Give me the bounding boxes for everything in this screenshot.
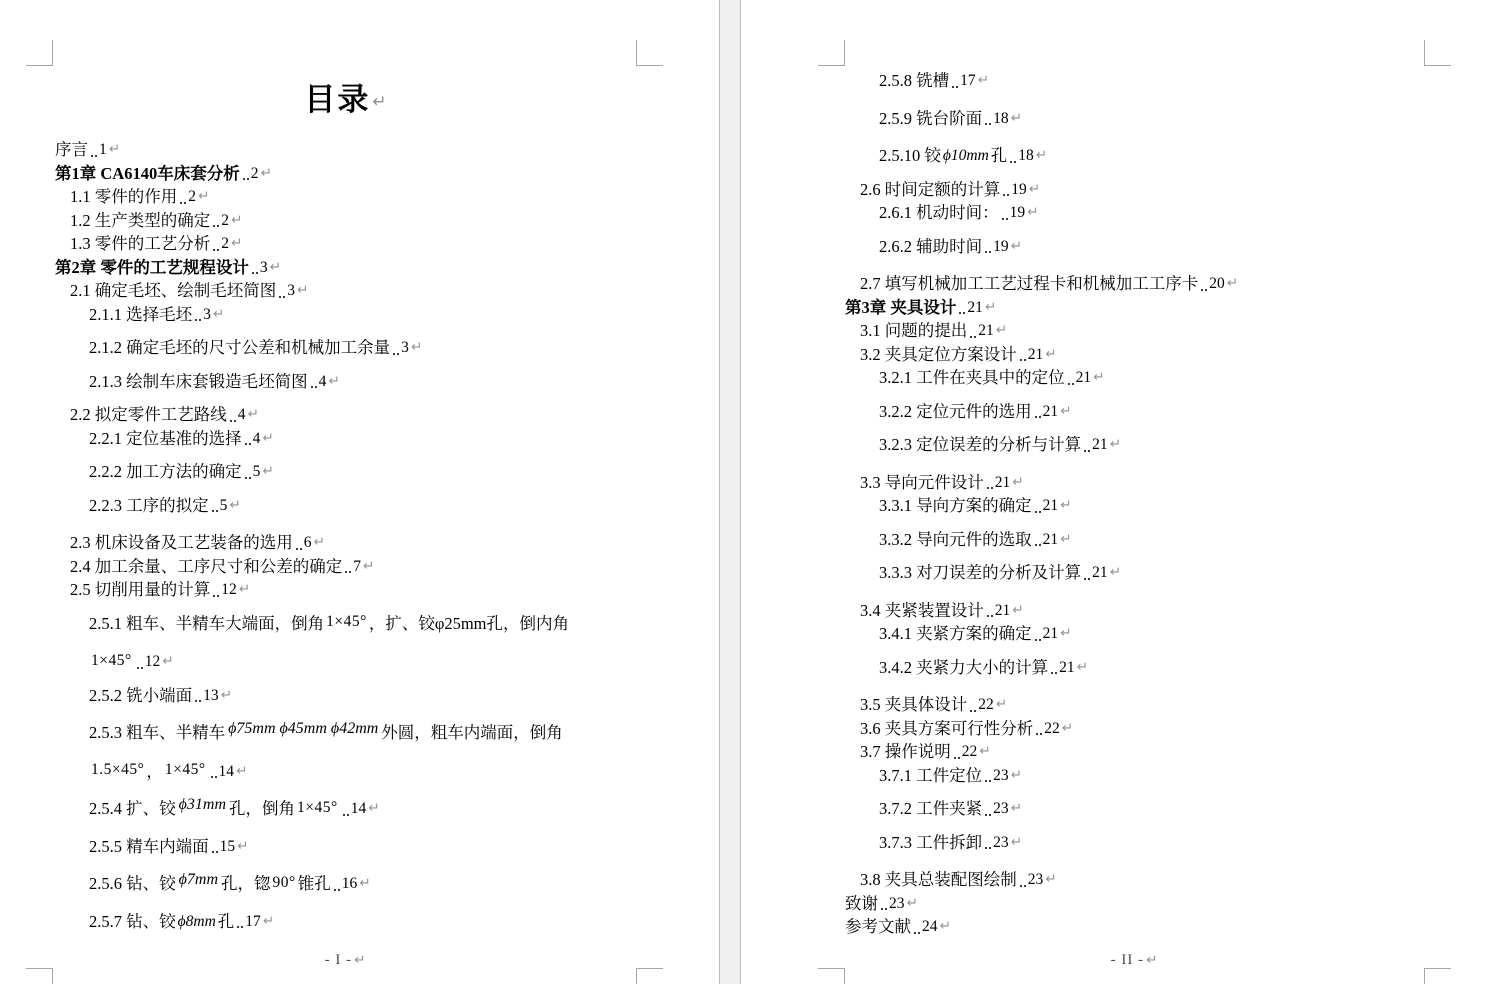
- dot-leader: [243, 178, 249, 180]
- toc-entry-text: 3.7 操作说明: [860, 740, 951, 764]
- paragraph-mark-icon: ↵: [1146, 952, 1158, 968]
- dot-leader: [195, 700, 201, 702]
- toc-entry[interactable]: 1.2 生产类型的确定2↵: [55, 209, 636, 233]
- toc-entry[interactable]: 3.7 操作说明22↵: [845, 740, 1424, 764]
- toc-entry-text: 2.6.2 辅助时间: [879, 235, 982, 259]
- toc-entry-text: ϕ10mm: [941, 144, 991, 168]
- toc-page-number: 22: [962, 740, 978, 764]
- toc-page-number: 21: [967, 296, 983, 320]
- dot-leader: [1020, 359, 1026, 361]
- toc-entry[interactable]: 2.4 加工余量、工序尺寸和公差的确定7↵: [55, 555, 636, 579]
- toc-entry[interactable]: 2.2.1 定位基准的选择4↵: [55, 427, 636, 451]
- toc-entry[interactable]: 1.3 零件的工艺分析2↵: [55, 232, 636, 256]
- toc-page-number: 7: [353, 555, 361, 579]
- dot-leader: [1084, 450, 1090, 452]
- dot-leader: [1035, 416, 1041, 418]
- paragraph-mark-icon: ↵: [162, 650, 173, 674]
- toc-page-number: 23: [993, 831, 1009, 855]
- toc-entry-text: 90°: [271, 871, 298, 895]
- toc-entry-text: 1.2 生产类型的确定: [70, 209, 210, 233]
- toc-entry-text: 1×45°: [89, 649, 134, 673]
- toc-entry-text: 1×45°: [163, 758, 208, 782]
- toc-entry-text: 3.3.2 导向元件的选取: [879, 528, 1032, 552]
- word-print-preview: { "doc": { "title": "目录", "paragraph_mar…: [0, 0, 1488, 984]
- paragraph-mark-icon: ↵: [1012, 471, 1023, 495]
- toc-page-number: 4: [238, 403, 246, 427]
- toc-page-number: 2: [188, 185, 196, 209]
- toc-entry-text: 锥孔: [298, 872, 331, 896]
- margin-corner-mark: [1424, 968, 1451, 984]
- toc-entry-text: 1×45°: [324, 610, 369, 634]
- paragraph-mark-icon: ↵: [297, 279, 308, 303]
- paragraph-mark-icon: ↵: [1077, 656, 1088, 680]
- toc-entry[interactable]: 第1章 CA6140车床套分析2↵: [55, 162, 636, 186]
- toc-entry-text: 3.2 夹具定位方案设计: [860, 343, 1017, 367]
- dot-leader: [1010, 161, 1016, 163]
- margin-corner-mark: [1424, 40, 1451, 66]
- toc-entry-text: 序言: [55, 138, 88, 162]
- toc-entry-text: 2.2.1 定位基准的选择: [89, 427, 242, 451]
- toc-entry[interactable]: 1×45°12↵: [55, 650, 636, 674]
- toc-page-number: 22: [978, 693, 994, 717]
- paragraph-mark-icon: ↵: [359, 872, 370, 896]
- toc-entry[interactable]: 2.5.6 钻、铰ϕ7mm孔，锪90°锥孔16↵: [55, 872, 636, 896]
- toc-page-number: 21: [1043, 494, 1059, 518]
- dot-leader: [213, 225, 219, 227]
- paragraph-mark-icon: ↵: [231, 232, 242, 256]
- toc-page-number: 12: [145, 650, 161, 674]
- dot-leader: [952, 86, 958, 88]
- toc-entry-text: 2.5.6 钻、铰: [89, 872, 176, 896]
- toc-page-number: 21: [995, 599, 1011, 623]
- page-number-label: - II -: [1111, 952, 1144, 968]
- toc-entry[interactable]: 3.2.3 定位误差的分析与计算21↵: [845, 433, 1424, 457]
- toc-entry[interactable]: 3.8 夹具总装配图绘制23↵: [845, 868, 1424, 892]
- toc-entry[interactable]: 2.7 填写机械加工工艺过程卡和机械加工工序卡20↵: [845, 272, 1424, 296]
- paragraph-mark-icon: ↵: [940, 915, 951, 939]
- toc-entry-text: 2.5.3 粗车、半精车: [89, 721, 225, 745]
- paragraph-mark-icon: ↵: [229, 494, 240, 518]
- toc-page-number: 21: [1092, 561, 1108, 585]
- toc-page-number: 23: [1028, 868, 1044, 892]
- toc-entry-text: 2.5.7 钻、铰: [89, 910, 176, 934]
- toc-entry-text: ϕ75mm ϕ45mm ϕ42mm: [225, 717, 381, 741]
- toc-entry-text: 2.5.9 铣台阶面: [879, 107, 982, 131]
- paragraph-mark-icon: ↵: [1036, 144, 1047, 168]
- toc-entry-list-left: 序言1↵第1章 CA6140车床套分析2↵1.1 零件的作用2↵1.2 生产类型…: [55, 138, 636, 933]
- dot-leader: [1035, 544, 1041, 546]
- paragraph-mark-icon: ↵: [1110, 561, 1121, 585]
- toc-entry-text: 2.5.2 铣小端面: [89, 684, 192, 708]
- dot-leader: [985, 780, 991, 782]
- toc-entry-text: 2.5.10 铰: [879, 144, 941, 168]
- margin-corner-mark: [26, 40, 53, 66]
- toc-entry[interactable]: 2.5.5 精车内端面15↵: [55, 835, 636, 859]
- toc-entry[interactable]: 2.6.2 辅助时间19↵: [845, 235, 1424, 259]
- dot-leader: [195, 319, 201, 321]
- paragraph-mark-icon: ↵: [314, 531, 325, 555]
- toc-page-number: 15: [220, 835, 236, 859]
- toc-page-number: 3: [401, 336, 409, 360]
- paragraph-mark-icon: ↵: [996, 693, 1007, 717]
- dot-leader: [137, 667, 143, 669]
- toc-entry[interactable]: 2.5 切削用量的计算12↵: [55, 578, 636, 602]
- dot-leader: [914, 932, 920, 934]
- toc-entry[interactable]: 1.5×45°，1×45°14↵: [55, 760, 636, 784]
- toc-page-number: 19: [1010, 201, 1026, 225]
- toc-title-row: 目录↵: [55, 81, 636, 124]
- toc-entry[interactable]: 3.7.3 工件拆卸23↵: [845, 831, 1424, 855]
- paragraph-mark-icon: ↵: [248, 403, 259, 427]
- toc-entry[interactable]: 2.3 机床设备及工艺装备的选用6↵: [55, 531, 636, 555]
- toc-entry-text: 2.6 时间定额的计算: [860, 178, 1000, 202]
- toc-entry[interactable]: 2.2.3 工序的拟定5↵: [55, 494, 636, 518]
- paragraph-mark-icon: ↵: [1011, 831, 1022, 855]
- toc-entry[interactable]: 3.4 夹紧装置设计21↵: [845, 599, 1424, 623]
- toc-page-number: 18: [993, 107, 1009, 131]
- toc-entry[interactable]: 序言1↵: [55, 138, 636, 162]
- dot-leader: [311, 386, 317, 388]
- toc-entry[interactable]: 2.1 确定毛坯、绘制毛坯简图3↵: [55, 279, 636, 303]
- page-footer-right: - II -↵: [845, 952, 1424, 969]
- toc-page-number: 5: [220, 494, 228, 518]
- paragraph-mark-icon: ↵: [1011, 797, 1022, 821]
- toc-entry-text: 3.6 夹具方案可行性分析: [860, 717, 1033, 741]
- toc-page-number: 19: [993, 235, 1009, 259]
- paragraph-mark-icon: ↵: [1045, 868, 1056, 892]
- dot-leader: [279, 296, 285, 298]
- toc-entry-text: 3.2.2 定位元件的选用: [879, 400, 1032, 424]
- toc-entry-text: 第2章 零件的工艺规程设计: [55, 256, 249, 280]
- paragraph-mark-icon: ↵: [1027, 201, 1038, 225]
- toc-entry[interactable]: 2.1.1 选择毛坯3↵: [55, 303, 636, 327]
- toc-entry[interactable]: 2.5.3 粗车、半精车ϕ75mm ϕ45mm ϕ42mm外圆，粗车内端面，倒角: [55, 721, 636, 745]
- toc-entry[interactable]: 第3章 夹具设计21↵: [845, 296, 1424, 320]
- toc-page-number: 14: [351, 797, 367, 821]
- toc-entry-text: 孔: [218, 910, 235, 934]
- toc-entry-text: 3.3.3 对刀误差的分析及计算: [879, 561, 1081, 585]
- toc-page-number: 12: [221, 578, 237, 602]
- dot-leader: [245, 443, 251, 445]
- dot-leader: [970, 336, 976, 338]
- toc-page-number: 6: [304, 531, 312, 555]
- toc-entry-text: 第3章 夹具设计: [845, 296, 956, 320]
- toc-page-number: 16: [342, 872, 358, 896]
- toc-entry[interactable]: 3.7.2 工件夹紧23↵: [845, 797, 1424, 821]
- toc-entry[interactable]: 3.3.2 导向元件的选取21↵: [845, 528, 1424, 552]
- toc-entry[interactable]: 2.5.9 铣台阶面18↵: [845, 107, 1424, 131]
- paragraph-mark-icon: ↵: [1012, 599, 1023, 623]
- paragraph-mark-icon: ↵: [1011, 235, 1022, 259]
- toc-entry[interactable]: 3.4.1 夹紧方案的确定21↵: [845, 622, 1424, 646]
- toc-entry[interactable]: 3.2.2 定位元件的选用21↵: [845, 400, 1424, 424]
- toc-page-number: 23: [889, 892, 905, 916]
- toc-page-number: 21: [1043, 528, 1059, 552]
- toc-entry-text: 2.5.4 扩、铰: [89, 797, 176, 821]
- toc-entry-text: 1.1 零件的作用: [70, 185, 177, 209]
- dot-leader: [212, 851, 218, 853]
- toc-page-number: 14: [219, 760, 235, 784]
- toc-entry-text: 2.1 确定毛坯、绘制毛坯简图: [70, 279, 276, 303]
- paragraph-mark-icon: ↵: [198, 185, 209, 209]
- paragraph-mark-icon: ↵: [260, 162, 271, 186]
- toc-page-number: 19: [1011, 178, 1027, 202]
- dot-leader: [245, 477, 251, 479]
- dot-leader: [1035, 511, 1041, 513]
- dot-leader: [985, 847, 991, 849]
- toc-entry-text: 3.4.2 夹紧力大小的计算: [879, 656, 1048, 680]
- dot-leader: [985, 123, 991, 125]
- toc-entry-text: 2.1.2 确定毛坯的尺寸公差和机械加工余量: [89, 336, 390, 360]
- toc-entry-text: 3.3.1 导向方案的确定: [879, 494, 1032, 518]
- toc-entry[interactable]: 2.6.1 机动时间：19↵: [845, 201, 1424, 225]
- dot-leader: [237, 926, 243, 928]
- paragraph-mark-icon: ↵: [372, 92, 386, 112]
- toc-entry[interactable]: 3.3.3 对刀误差的分析及计算21↵: [845, 561, 1424, 585]
- dot-leader: [987, 487, 993, 489]
- toc-page-number: 5: [253, 460, 261, 484]
- toc-page-number: 21: [1028, 343, 1044, 367]
- toc-entry-text: 2.7 填写机械加工工艺过程卡和机械加工工序卡: [860, 272, 1198, 296]
- toc-entry[interactable]: 参考文献24↵: [845, 915, 1424, 939]
- paragraph-mark-icon: ↵: [907, 892, 918, 916]
- page-gutter: [719, 0, 741, 984]
- toc-page-number: 2: [251, 162, 259, 186]
- dot-leader: [1035, 639, 1041, 641]
- toc-entry[interactable]: 3.5 夹具体设计22↵: [845, 693, 1424, 717]
- toc-page-number: 3: [260, 256, 268, 280]
- toc-entry[interactable]: 2.2.2 加工方法的确定5↵: [55, 460, 636, 484]
- toc-entry[interactable]: 3.3 导向元件设计21↵: [845, 471, 1424, 495]
- toc-page-number: 3: [287, 279, 295, 303]
- toc-entry-text: 孔，倒角: [229, 797, 295, 821]
- toc-entry-text: 2.5 切削用量的计算: [70, 578, 210, 602]
- dot-leader: [970, 710, 976, 712]
- margin-corner-mark: [636, 968, 663, 984]
- dot-leader: [985, 251, 991, 253]
- toc-entry-text: 3.8 夹具总装配图绘制: [860, 868, 1017, 892]
- toc-entry-text: ，扩、铰φ25mm孔，倒内角: [369, 612, 569, 636]
- toc-page-number: 21: [1043, 622, 1059, 646]
- toc-entry[interactable]: 2.1.2 确定毛坯的尺寸公差和机械加工余量3↵: [55, 336, 636, 360]
- paragraph-mark-icon: ↵: [239, 578, 250, 602]
- toc-page-number: 21: [1043, 400, 1059, 424]
- dot-leader: [1068, 383, 1074, 385]
- toc-entry-text: 3.1 问题的提出: [860, 319, 967, 343]
- paragraph-mark-icon: ↵: [1011, 107, 1022, 131]
- paragraph-mark-icon: ↵: [221, 684, 232, 708]
- toc-entry-text: 1.5×45°: [89, 758, 146, 782]
- paragraph-mark-icon: ↵: [1110, 433, 1121, 457]
- toc-page-number: 23: [993, 764, 1009, 788]
- toc-entry-text: 3.4 夹紧装置设计: [860, 599, 984, 623]
- paragraph-mark-icon: ↵: [1062, 717, 1073, 741]
- toc-entry-text: 2.5.5 精车内端面: [89, 835, 209, 859]
- dot-leader: [1051, 672, 1057, 674]
- paragraph-mark-icon: ↵: [1011, 764, 1022, 788]
- toc-entry[interactable]: 2.5.7 钻、铰ϕ8mm孔17↵: [55, 910, 636, 934]
- toc-entry-text: 3.3 导向元件设计: [860, 471, 984, 495]
- toc-entry-text: 孔，锪: [221, 872, 271, 896]
- toc-entry-text: 3.5 夹具体设计: [860, 693, 967, 717]
- paragraph-mark-icon: ↵: [236, 760, 247, 784]
- paragraph-mark-icon: ↵: [231, 209, 242, 233]
- toc-entry[interactable]: 3.3.1 导向方案的确定21↵: [845, 494, 1424, 518]
- toc-title: 目录: [304, 82, 370, 117]
- dot-leader: [1036, 733, 1042, 735]
- paragraph-mark-icon: ↵: [270, 256, 281, 280]
- toc-entry-text: 2.1.1 选择毛坯: [89, 303, 192, 327]
- dot-leader: [1020, 885, 1026, 887]
- paragraph-mark-icon: ↵: [1093, 366, 1104, 390]
- paragraph-mark-icon: ↵: [109, 138, 120, 162]
- dot-leader: [230, 420, 236, 422]
- toc-entry[interactable]: 2.5.4 扩、铰ϕ31mm孔，倒角1×45°14↵: [55, 797, 636, 821]
- toc-entry[interactable]: 致谢23↵: [845, 892, 1424, 916]
- dot-leader: [343, 814, 349, 816]
- toc-page-number: 4: [319, 370, 327, 394]
- paragraph-mark-icon: ↵: [354, 952, 366, 968]
- toc-entry-text: 3.7.1 工件定位: [879, 764, 982, 788]
- page-footer-left: - I -↵: [55, 952, 636, 969]
- dot-leader: [1003, 194, 1009, 196]
- toc-entry[interactable]: 3.7.1 工件定位23↵: [845, 764, 1424, 788]
- toc-entry-text: 外圆，粗车内端面，倒角: [381, 721, 563, 745]
- dot-leader: [954, 757, 960, 759]
- paragraph-mark-icon: ↵: [368, 797, 379, 821]
- dot-leader: [296, 548, 302, 550]
- dot-leader: [987, 615, 993, 617]
- toc-content-left: 目录↵ 序言1↵第1章 CA6140车床套分析2↵1.1 零件的作用2↵1.2 …: [55, 66, 636, 933]
- margin-corner-mark: [818, 968, 845, 984]
- toc-page-number: 21: [995, 471, 1011, 495]
- paragraph-mark-icon: ↵: [1060, 400, 1071, 424]
- dot-leader: [334, 889, 340, 891]
- paragraph-mark-icon: ↵: [411, 336, 422, 360]
- toc-entry[interactable]: 第2章 零件的工艺规程设计3↵: [55, 256, 636, 280]
- document-page-2: 2.5.8 铣槽17↵2.5.9 铣台阶面18↵2.5.10 铰ϕ10mm孔18…: [741, 0, 1488, 984]
- paragraph-mark-icon: ↵: [1060, 494, 1071, 518]
- toc-entry-text: 2.3 机床设备及工艺装备的选用: [70, 531, 293, 555]
- toc-entry-text: 孔: [991, 144, 1008, 168]
- toc-entry-text: 3.2.3 定位误差的分析与计算: [879, 433, 1081, 457]
- toc-entry[interactable]: 2.1.3 绘制车床套锻造毛坯简图4↵: [55, 370, 636, 394]
- dot-leader: [91, 155, 97, 157]
- toc-entry[interactable]: 3.2 夹具定位方案设计21↵: [845, 343, 1424, 367]
- toc-entry[interactable]: 3.6 夹具方案可行性分析22↵: [845, 717, 1424, 741]
- toc-page-number: 2: [221, 209, 229, 233]
- margin-corner-mark: [818, 40, 845, 66]
- toc-entry-text: 2.4 加工余量、工序尺寸和公差的确定: [70, 555, 342, 579]
- toc-entry-text: 2.5.1 粗车、半精车大端面，倒角: [89, 612, 324, 636]
- toc-page-number: 23: [993, 797, 1009, 821]
- dot-leader: [252, 272, 258, 274]
- toc-entry-text: 2.2 拟定零件工艺路线: [70, 403, 227, 427]
- toc-entry-text: 1.3 零件的工艺分析: [70, 232, 210, 256]
- toc-entry[interactable]: 3.4.2 夹紧力大小的计算21↵: [845, 656, 1424, 680]
- toc-entry-text: 2.1.3 绘制车床套锻造毛坯简图: [89, 370, 308, 394]
- toc-entry-list-right: 2.5.8 铣槽17↵2.5.9 铣台阶面18↵2.5.10 铰ϕ10mm孔18…: [845, 69, 1424, 939]
- toc-entry[interactable]: 3.1 问题的提出21↵: [845, 319, 1424, 343]
- toc-entry-text: 3.7.3 工件拆卸: [879, 831, 982, 855]
- toc-entry-text: ϕ31mm: [176, 793, 229, 817]
- paragraph-mark-icon: ↵: [985, 296, 996, 320]
- toc-page-number: 24: [922, 915, 938, 939]
- toc-entry[interactable]: 1.1 零件的作用2↵: [55, 185, 636, 209]
- toc-page-number: 21: [1059, 656, 1075, 680]
- toc-content-right: 2.5.8 铣槽17↵2.5.9 铣台阶面18↵2.5.10 铰ϕ10mm孔18…: [845, 66, 1424, 939]
- paragraph-mark-icon: ↵: [237, 835, 248, 859]
- toc-entry-text: 3.4.1 夹紧方案的确定: [879, 622, 1032, 646]
- toc-entry[interactable]: 2.5.10 铰ϕ10mm孔18↵: [845, 144, 1424, 168]
- margin-corner-mark: [636, 40, 663, 66]
- toc-entry-text: 1×45°: [295, 796, 340, 820]
- toc-page-number: 1: [99, 138, 107, 162]
- toc-entry-text: 2.5.8 铣槽: [879, 69, 949, 93]
- paragraph-mark-icon: ↵: [1060, 528, 1071, 552]
- dot-leader: [212, 510, 218, 512]
- paragraph-mark-icon: ↵: [213, 303, 224, 327]
- paragraph-mark-icon: ↵: [1060, 622, 1071, 646]
- toc-page-number: 3: [203, 303, 211, 327]
- paragraph-mark-icon: ↵: [978, 69, 989, 93]
- toc-entry[interactable]: 2.2 拟定零件工艺路线4↵: [55, 403, 636, 427]
- paragraph-mark-icon: ↵: [262, 460, 273, 484]
- toc-entry-text: 2.2.2 加工方法的确定: [89, 460, 242, 484]
- paragraph-mark-icon: ↵: [979, 740, 990, 764]
- dot-leader: [1084, 578, 1090, 580]
- dot-leader: [1201, 289, 1207, 291]
- dot-leader: [180, 202, 186, 204]
- toc-entry-text: 3.7.2 工件夹紧: [879, 797, 982, 821]
- toc-entry[interactable]: 3.2.1 工件在夹具中的定位21↵: [845, 366, 1424, 390]
- dot-leader: [959, 312, 965, 314]
- toc-page-number: 17: [245, 910, 261, 934]
- paragraph-mark-icon: ↵: [263, 910, 274, 934]
- paragraph-mark-icon: ↵: [1227, 272, 1238, 296]
- paragraph-mark-icon: ↵: [1029, 178, 1040, 202]
- toc-entry[interactable]: 2.5.1 粗车、半精车大端面，倒角1×45°，扩、铰φ25mm孔，倒内角: [55, 612, 636, 636]
- toc-entry[interactable]: 2.5.8 铣槽17↵: [845, 69, 1424, 93]
- paragraph-mark-icon: ↵: [363, 555, 374, 579]
- toc-page-number: 21: [978, 319, 994, 343]
- toc-entry-text: ，: [146, 760, 163, 784]
- toc-entry-text: 2.6.1 机动时间：: [879, 201, 999, 225]
- toc-page-number: 13: [203, 684, 219, 708]
- toc-page-number: 18: [1018, 144, 1034, 168]
- dot-leader: [213, 595, 219, 597]
- toc-entry[interactable]: 2.6 时间定额的计算19↵: [845, 178, 1424, 202]
- toc-entry[interactable]: 2.5.2 铣小端面13↵: [55, 684, 636, 708]
- toc-entry-text: 2.2.3 工序的拟定: [89, 494, 209, 518]
- toc-page-number: 2: [221, 232, 229, 256]
- dot-leader: [345, 571, 351, 573]
- margin-corner-mark: [26, 968, 53, 984]
- dot-leader: [393, 353, 399, 355]
- toc-page-number: 4: [253, 427, 261, 451]
- toc-page-number: 17: [960, 69, 976, 93]
- document-page-1: 目录↵ 序言1↵第1章 CA6140车床套分析2↵1.1 零件的作用2↵1.2 …: [0, 0, 719, 984]
- toc-page-number: 20: [1209, 272, 1225, 296]
- toc-page-number: 21: [1092, 433, 1108, 457]
- toc-entry-text: 3.2.1 工件在夹具中的定位: [879, 366, 1065, 390]
- toc-entry-text: 致谢: [845, 892, 878, 916]
- toc-entry-text: 参考文献: [845, 915, 911, 939]
- page-number-label: - I -: [325, 952, 353, 968]
- dot-leader: [213, 249, 219, 251]
- paragraph-mark-icon: ↵: [328, 370, 339, 394]
- toc-page-number: 22: [1044, 717, 1060, 741]
